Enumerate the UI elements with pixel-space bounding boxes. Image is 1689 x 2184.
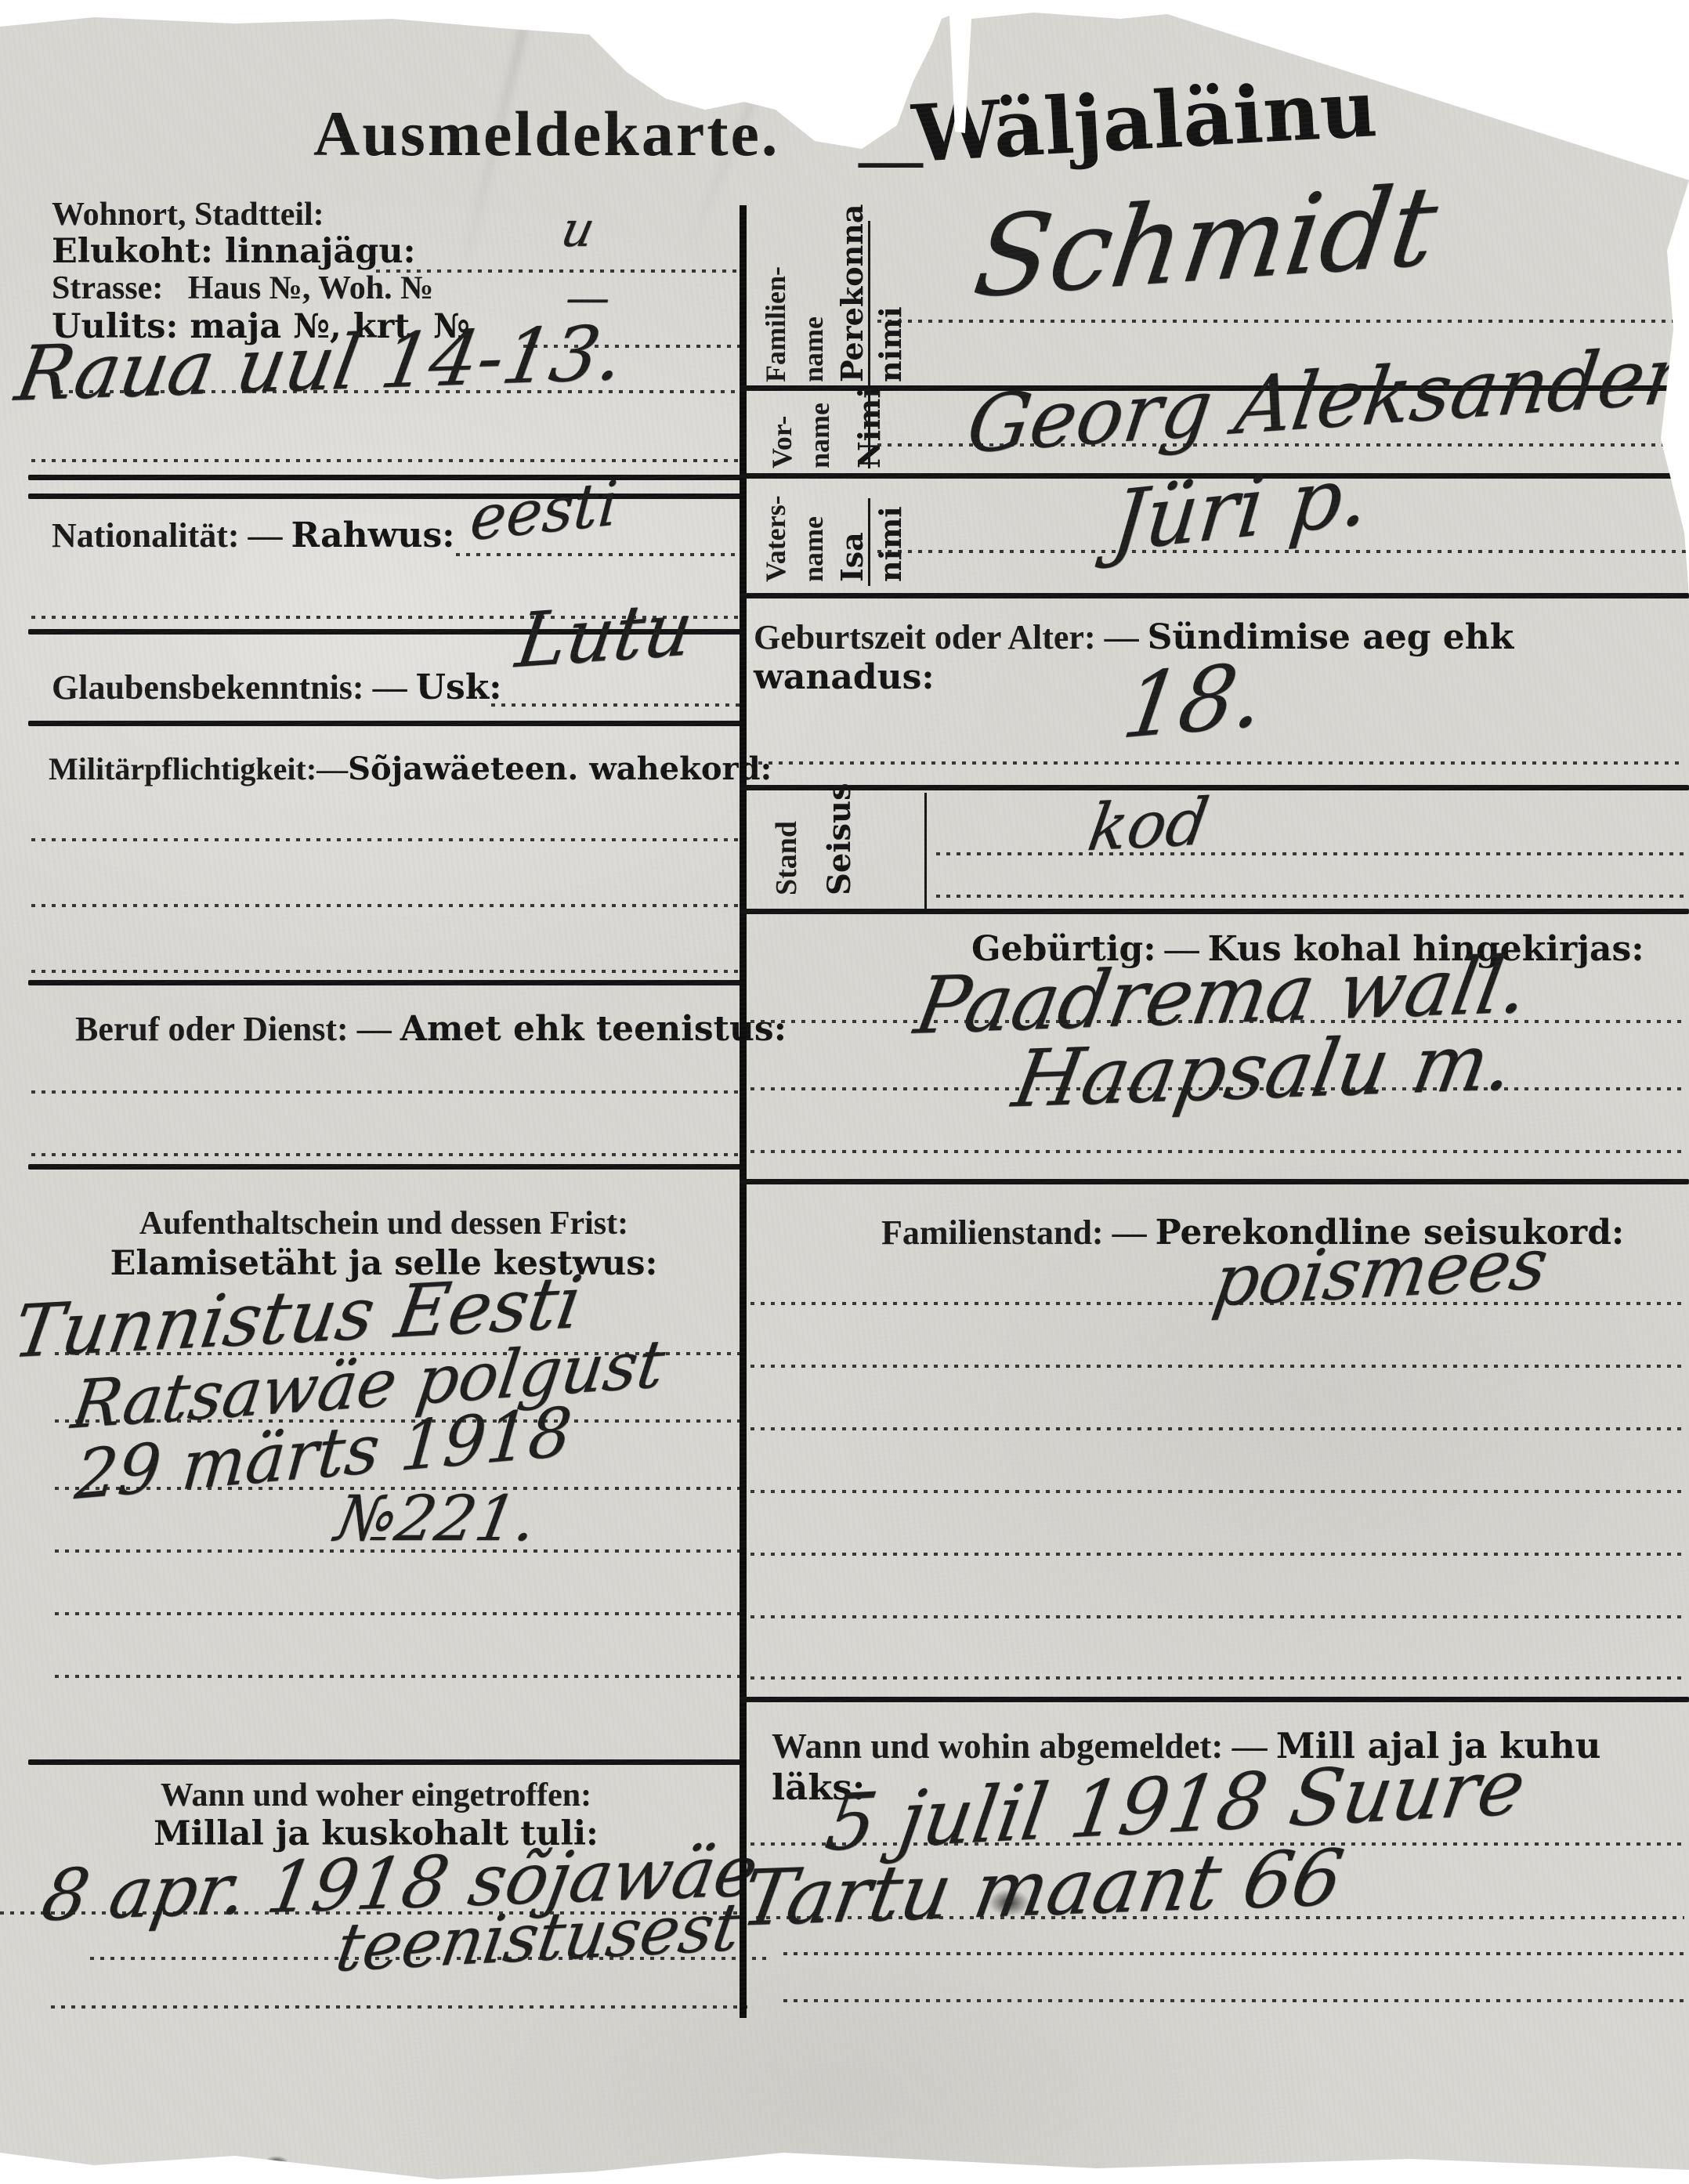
dotted-line — [55, 1675, 743, 1678]
label-fathername-de1: Vaters- — [761, 492, 791, 582]
handwriting-firstname: Georg Aleksander — [962, 328, 1689, 471]
label-surname-de2: name — [799, 226, 829, 382]
label-fathername-et1: Isa — [837, 492, 868, 582]
label-religion: Glaubensbekenntnis: — Usk: — [52, 667, 501, 707]
paper-sheet: Ausmeldekarte. — Wäljaläinu Wohnort, Sta… — [0, 0, 1689, 2184]
label-military-et: Sõjawäeteen. wahekord: — [348, 750, 772, 787]
label-status: Stand Seisus — [772, 797, 856, 895]
dotted-line — [750, 1615, 1683, 1618]
label-occupation: Beruf oder Dienst: — Amet ehk teenistus: — [75, 1009, 787, 1049]
dotted-line — [750, 1365, 1683, 1368]
label-military-de: Militärpflichtigkeit: — [49, 751, 316, 786]
dotted-line — [936, 895, 1684, 898]
label-surname-et1: Perekonna — [837, 226, 868, 382]
dotted-line — [758, 761, 1683, 765]
section-rule — [28, 475, 743, 480]
label-status-de: Stand — [772, 797, 803, 895]
dotted-line — [750, 1087, 1683, 1090]
label-fathername-et2: nimi — [875, 492, 906, 582]
label-wohnort-stadtteil: Wohnort, Stadtteil: — [52, 196, 324, 233]
handwriting-origin-line2: Haapsalu m. — [1007, 1016, 1521, 1126]
label-firstname-de1: Vor- — [768, 390, 797, 468]
label-separator: — — [248, 516, 283, 555]
label-separator: — — [1105, 618, 1139, 656]
label-separator: — — [373, 668, 407, 707]
label-nationality: Nationalität: — Rahwus: — [52, 515, 455, 555]
label-religion-et: Usk: — [416, 667, 502, 707]
label-family-de: Familienstand: — [881, 1213, 1104, 1252]
label-fathername: Vaters- name Isa nimi — [761, 492, 906, 582]
dotted-line — [31, 838, 743, 841]
dotted-line — [31, 1090, 743, 1094]
dotted-line — [750, 1427, 1683, 1430]
label-elukoht-linnajagu: Elukoht: linnajägu: — [52, 232, 416, 271]
handwriting-nationality: eesti — [468, 468, 620, 555]
dotted-line — [783, 1999, 1689, 2002]
label-occupation-et: Amet ehk teenistus: — [400, 1009, 787, 1049]
dotted-line — [55, 1612, 743, 1615]
label-birth-de: Geburtszeit oder Alter: — [754, 618, 1096, 656]
handwriting-district: u — [556, 201, 599, 258]
field-rule — [868, 221, 870, 397]
handwriting-family-status: poismees — [1208, 1222, 1553, 1322]
dotted-line — [31, 970, 743, 973]
label-military: Militärpflichtigkeit:—Sõjawäeteen. wahek… — [49, 750, 772, 787]
section-rule — [28, 1759, 743, 1765]
field-rule — [868, 390, 870, 468]
field-rule — [924, 793, 927, 910]
dotted-line — [750, 1676, 1683, 1680]
section-rule — [740, 1179, 1689, 1184]
label-surname: Familien- name Perekonna nimi — [761, 226, 906, 382]
label-arrival-de: Wann und woher eingetroffen: — [31, 1777, 721, 1814]
dotted-line — [51, 2005, 752, 2009]
dotted-line — [750, 1020, 1683, 1023]
section-rule — [740, 1697, 1689, 1702]
dotted-line — [31, 904, 743, 907]
scanned-registration-card: Ausmeldekarte. — Wäljaläinu Wohnort, Sta… — [0, 0, 1689, 2184]
label-permit-de: Aufenthaltschein und dessen Frist: — [31, 1205, 736, 1242]
handwriting-age: 18. — [1116, 643, 1271, 759]
label-religion-de: Glaubensbekenntnis: — [52, 668, 364, 707]
section-rule — [28, 1164, 743, 1170]
dotted-line — [59, 390, 740, 393]
dotted-line — [750, 1553, 1683, 1556]
label-nationality-et: Rahwus: — [291, 515, 455, 555]
dotted-line — [456, 553, 743, 556]
label-occupation-de: Beruf oder Dienst: — [75, 1010, 349, 1048]
dotted-line — [90, 1957, 768, 1960]
label-strasse-haus: Strasse: Haus №, Woh. № — [52, 269, 433, 307]
label-status-et: Seisus — [823, 797, 856, 895]
title-german: Ausmeldekarte. — [313, 97, 779, 171]
label-departure-de: Wann und wohin abgemeldet: — [772, 1727, 1223, 1766]
label-nationality-de: Nationalität: — [52, 516, 240, 555]
section-rule — [28, 980, 743, 985]
label-firstname-de2: name — [805, 390, 835, 468]
ink-blot — [265, 2156, 288, 2168]
label-surname-et2: nimi — [875, 226, 906, 382]
section-rule — [740, 785, 1689, 790]
dotted-line — [750, 1150, 1683, 1153]
dotted-line — [877, 550, 1689, 553]
dotted-line — [750, 1302, 1683, 1305]
dotted-line — [783, 1952, 1689, 1955]
field-rule — [868, 498, 870, 586]
dotted-line — [750, 1490, 1683, 1493]
dotted-line — [31, 1153, 743, 1156]
label-separator: — — [357, 1010, 392, 1048]
dotted-line — [756, 1916, 1684, 1919]
handwriting-religion: Lutu — [511, 586, 698, 685]
handwriting-permit-line4: №221. — [331, 1482, 542, 1555]
handwriting-surname: Schmidt — [967, 161, 1445, 323]
dotted-line — [877, 320, 1689, 323]
dotted-line — [936, 852, 1684, 855]
section-rule — [740, 909, 1689, 914]
label-separator: — — [1112, 1213, 1147, 1252]
label-fathername-de2: name — [799, 492, 829, 582]
dotted-line — [877, 443, 1689, 447]
dotted-line — [31, 459, 740, 462]
dotted-line — [55, 1549, 743, 1553]
label-separator: — — [316, 751, 348, 786]
title-estonian: Wäljaläinu — [910, 62, 1379, 180]
section-rule — [28, 494, 743, 499]
label-surname-de1: Familien- — [761, 226, 791, 382]
dotted-line — [491, 703, 742, 707]
section-rule — [28, 721, 743, 726]
section-rule — [740, 593, 1689, 598]
